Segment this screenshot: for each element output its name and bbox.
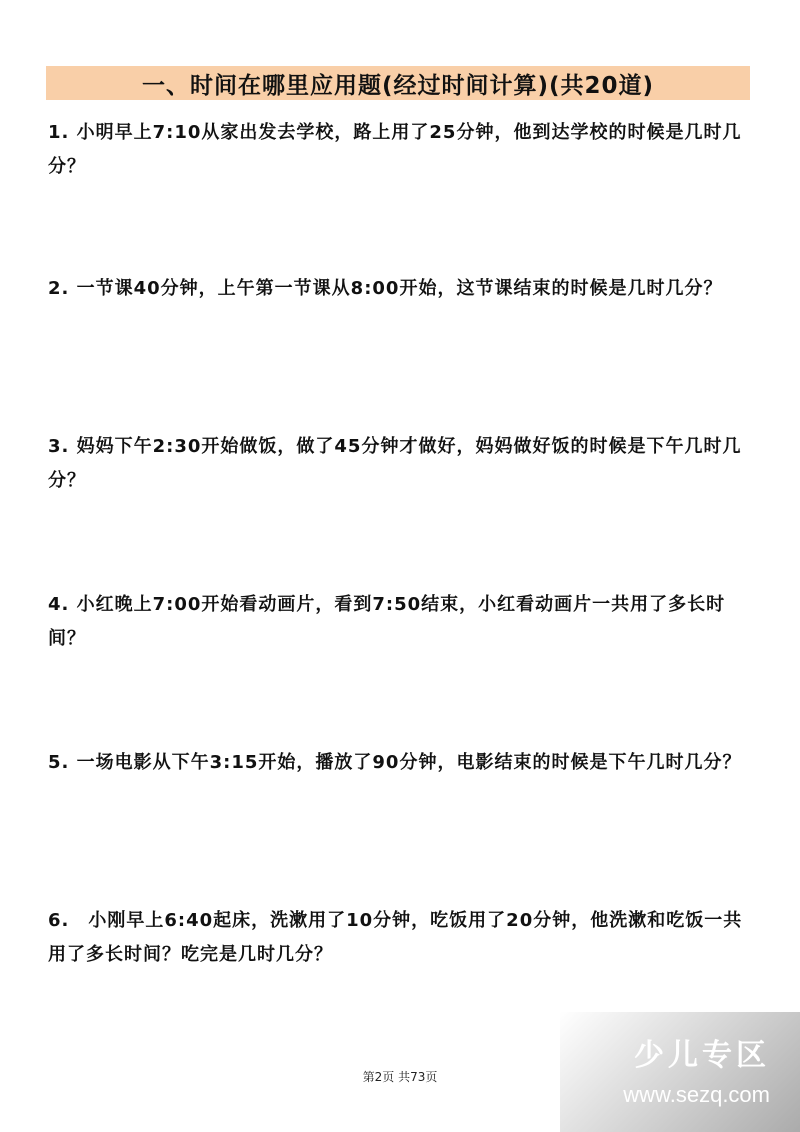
question-2: 2. 一节课40分钟，上午第一节课从8:00开始，这节课结束的时候是几时几分？	[48, 272, 760, 306]
watermark: 少儿专区 www.sezq.com	[560, 1012, 800, 1132]
question-5: 5. 一场电影从下午3:15开始，播放了90分钟，电影结束的时候是下午几时几分？	[48, 746, 760, 780]
section-title-bar: 一、时间在哪里应用题(经过时间计算)(共20道)	[46, 66, 750, 100]
question-3: 3. 妈妈下午2:30开始做饭，做了45分钟才做好，妈妈做好饭的时候是下午几时几…	[48, 430, 760, 498]
section-title: 一、时间在哪里应用题(经过时间计算)(共20道)	[142, 67, 654, 100]
question-6: 6. 小刚早上6:40起床，洗漱用了10分钟，吃饭用了20分钟，他洗漱和吃饭一共…	[48, 904, 760, 972]
question-1: 1. 小明早上7:10从家出发去学校，路上用了25分钟，他到达学校的时候是几时几…	[48, 116, 760, 184]
watermark-brand: 少儿专区	[634, 1030, 770, 1074]
watermark-url: www.sezq.com	[623, 1082, 770, 1108]
question-4: 4. 小红晚上7:00开始看动画片，看到7:50结束，小红看动画片一共用了多长时…	[48, 588, 760, 656]
